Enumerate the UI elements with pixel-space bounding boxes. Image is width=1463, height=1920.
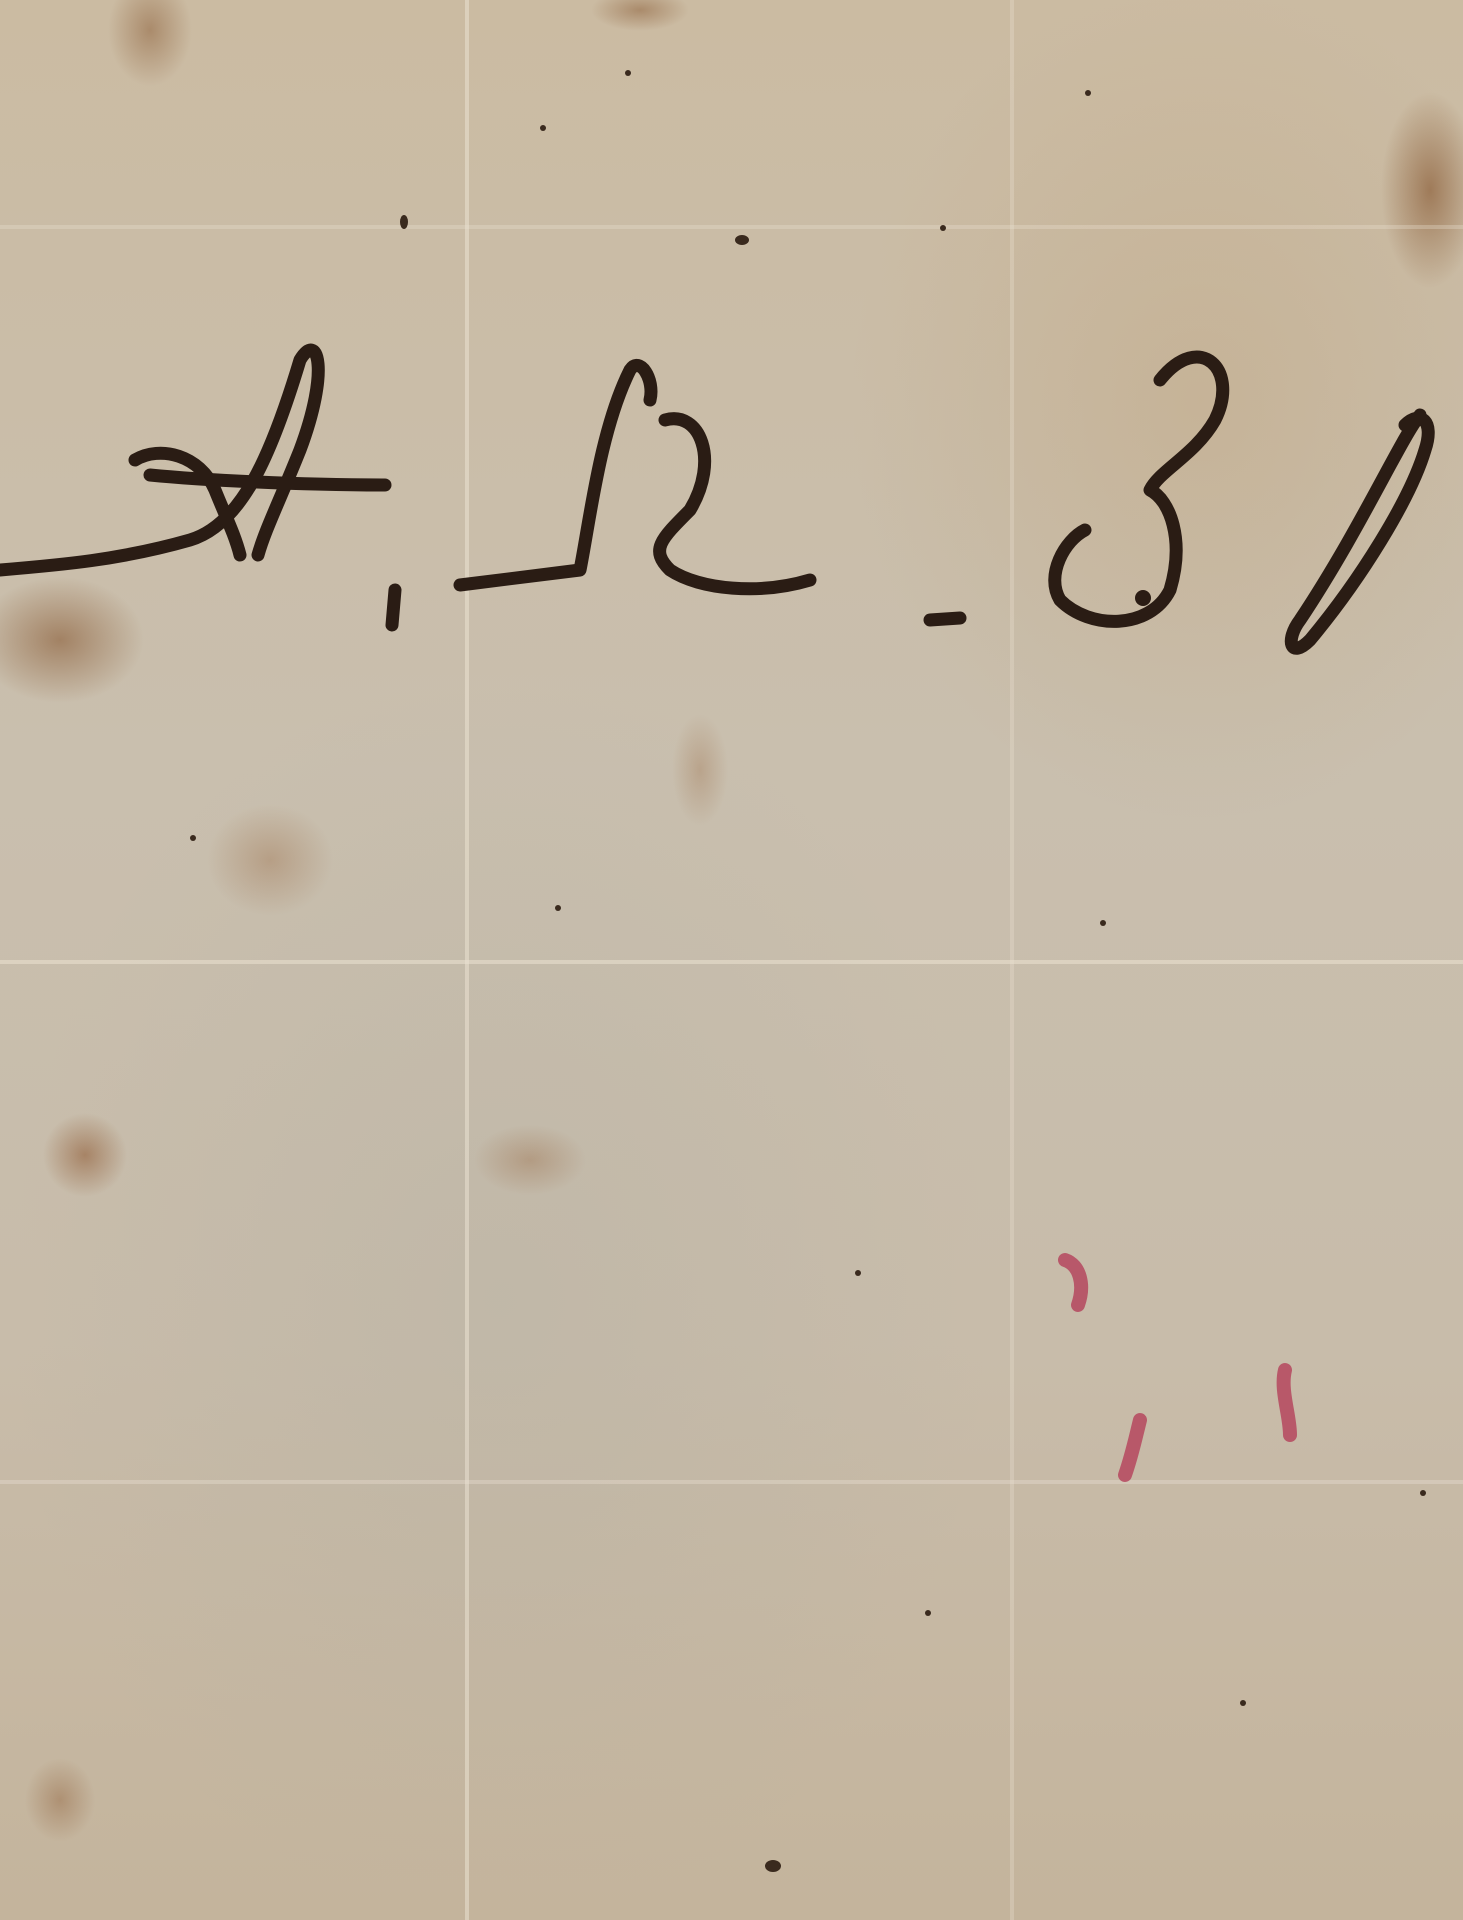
fold-line-horizontal (0, 225, 1463, 229)
handwritten-inscription: A.R.30 (0, 340, 1463, 680)
fold-line-horizontal (0, 960, 1463, 964)
red-mark-3 (1284, 1370, 1290, 1435)
red-mark-1 (1065, 1260, 1081, 1305)
cursive-ink-glyphs (0, 340, 1463, 680)
red-ink-marks (1040, 1250, 1340, 1500)
red-mark-2 (1125, 1420, 1140, 1475)
aged-paper-document: A.R.30 (0, 0, 1463, 1920)
